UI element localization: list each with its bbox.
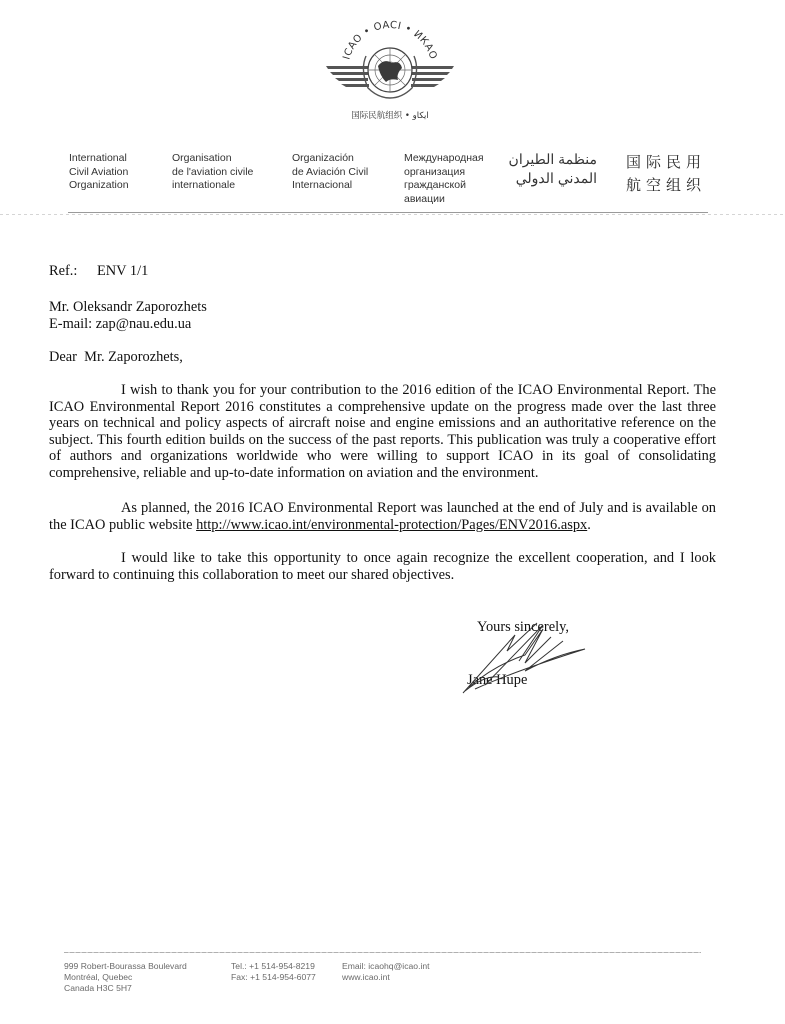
org-name-line: منظمة الطيران [505,150,597,169]
org-name-line: 国际民用 [626,151,706,174]
org-name-line: Organización [292,152,368,166]
header-divider [68,212,708,213]
org-name-line: гражданской [404,179,484,193]
org-name-russian: Международная организация гражданской ав… [404,152,484,206]
recipient-block: Mr. Oleksandr Zaporozhets E-mail: zap@na… [49,299,207,332]
emblem-bottom-text: 国际民航组织 • ايكاو [351,110,429,121]
footer-line: Canada H3C 5H7 [64,983,187,994]
org-name-line: организация [404,166,484,180]
org-name-line: 航空组织 [626,174,706,197]
paragraph-text: I wish to thank you for your contributio… [49,382,716,481]
paragraph-launch: As planned, the 2016 ICAO Environmental … [49,500,716,533]
org-name-line: Organisation [172,152,253,166]
org-name-line: Organization [69,179,129,193]
icao-emblem-icon: ICAO • OACI • ИКАО [320,8,460,133]
org-name-french: Organisation de l'aviation civile intern… [172,152,253,193]
footer-line: Tel.: +1 514-954-8219 [231,961,316,972]
paragraph-thanks: I wish to thank you for your contributio… [49,382,716,482]
org-name-line: de l'aviation civile [172,166,253,180]
footer-website-link[interactable]: www.icao.int [342,972,430,983]
footer-email[interactable]: Email: icaohq@icao.int [342,961,430,972]
paragraph-text: I would like to take this opportunity to… [49,550,716,583]
org-name-line: Internacional [292,179,368,193]
footer-line: Fax: +1 514-954-6077 [231,972,316,983]
paragraph-cooperation: I would like to take this opportunity to… [49,550,716,583]
recipient-name: Mr. Oleksandr Zaporozhets [49,299,207,316]
org-name-line: International [69,152,129,166]
report-website-link[interactable]: http://www.icao.int/environmental-protec… [196,517,587,533]
recipient-email: E-mail: zap@nau.edu.ua [49,316,207,333]
salutation: Dear Mr. Zaporozhets, [49,349,183,366]
org-name-line: авиации [404,193,484,207]
footer-phone: Tel.: +1 514-954-8219 Fax: +1 514-954-60… [231,961,316,983]
org-name-line: de Aviación Civil [292,166,368,180]
paragraph-end: . [587,517,591,533]
org-name-line: Международная [404,152,484,166]
footer-address: 999 Robert-Bourassa Boulevard Montréal, … [64,961,187,995]
header-divider-faint [0,214,785,215]
letter-page: ICAO • OACI • ИКАО [0,0,785,1024]
org-name-line: Civil Aviation [69,166,129,180]
org-name-arabic: منظمة الطيران المدني الدولي [505,150,597,188]
footer-contact: Email: icaohq@icao.int www.icao.int [342,961,430,983]
org-name-line: المدني الدولي [505,169,597,188]
org-name-spanish: Organización de Aviación Civil Internaci… [292,152,368,193]
footer-divider [64,952,701,953]
footer-line: Montréal, Quebec [64,972,187,983]
org-name-chinese: 国际民用 航空组织 [626,151,706,197]
footer-line: 999 Robert-Bourassa Boulevard [64,961,187,972]
reference-line: Ref.:ENV 1/1 [49,263,148,280]
org-name-english: International Civil Aviation Organizatio… [69,152,129,193]
reference-label: Ref.: [49,263,97,280]
handwritten-signature-icon [455,615,605,695]
org-name-line: internationale [172,179,253,193]
reference-value: ENV 1/1 [97,263,148,279]
